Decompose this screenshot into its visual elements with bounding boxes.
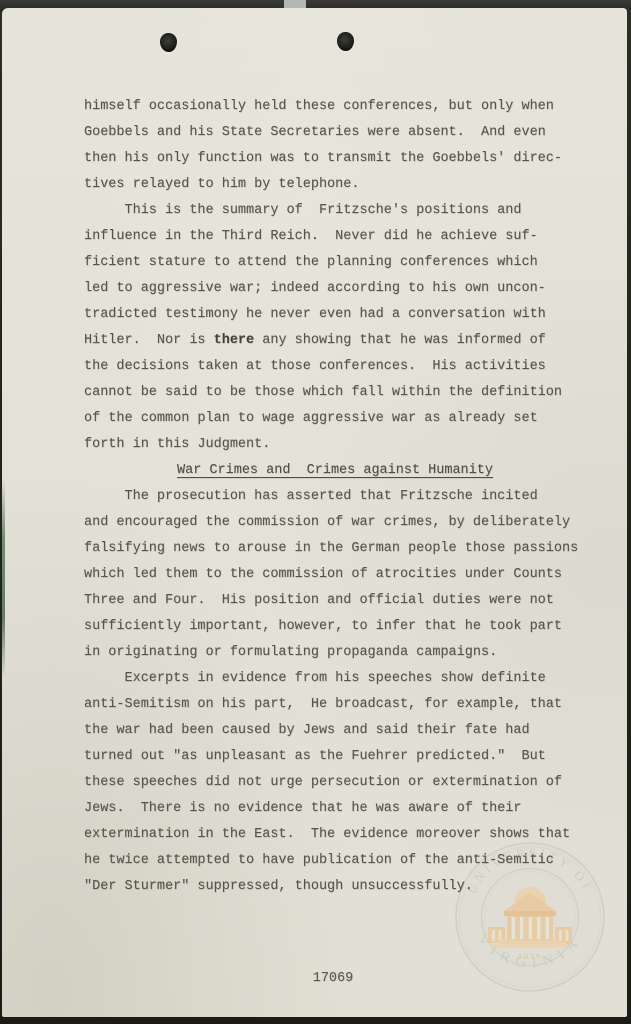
text-line: led to aggressive war; indeed according … [84, 276, 586, 302]
text-line: ficient stature to attend the planning c… [84, 250, 586, 276]
text-line: The prosecution has asserted that Fritzs… [84, 484, 586, 510]
text-line: anti-Semitism on his part, He broadcast,… [84, 692, 586, 718]
punch-hole-left [160, 33, 177, 52]
seal-year: 1819 [518, 952, 542, 961]
scanned-page-background: UNIVERSITY OF VIRGINIA [0, 0, 631, 1024]
text-line: tradicted testimony he never even had a … [84, 302, 586, 328]
text-line: Goebbels and his State Secretaries were … [84, 120, 586, 146]
text-line: This is the summary of Fritzsche's posit… [84, 198, 586, 224]
text-line: turned out "as unpleasant as the Fuehrer… [84, 744, 586, 770]
section-heading: War Crimes and Crimes against Humanity [84, 458, 586, 484]
text-line: forth in this Judgment. [84, 432, 586, 458]
text-line: cannot be said to be those which fall wi… [84, 380, 586, 406]
text-line: in originating or formulating propaganda… [84, 640, 586, 666]
document-text: himself occasionally held these conferen… [84, 94, 586, 900]
text-line: Hitler. Nor is there any showing that he… [84, 328, 586, 354]
text-line: influence in the Third Reich. Never did … [84, 224, 586, 250]
text-line: then his only function was to transmit t… [84, 146, 586, 172]
text-line: Jews. There is no evidence that he was a… [84, 796, 586, 822]
text-line: tives relayed to him by telephone. [84, 172, 586, 198]
text-line: and encouraged the commission of war cri… [84, 510, 586, 536]
text-line: which led them to the commission of atro… [84, 562, 586, 588]
text-line: sufficiently important, however, to infe… [84, 614, 586, 640]
text-line: falsifying news to arouse in the German … [84, 536, 586, 562]
text-line: extermination in the East. The evidence … [84, 822, 586, 848]
document-page: UNIVERSITY OF VIRGINIA [2, 8, 627, 1017]
text-line: he twice attempted to have publication o… [84, 848, 586, 874]
text-line: Three and Four. His position and officia… [84, 588, 586, 614]
text-line: of the common plan to wage aggressive wa… [84, 406, 586, 432]
text-line: "Der Sturmer" suppressed, though unsucce… [84, 874, 586, 900]
page-number: 17069 [83, 966, 583, 992]
punch-hole-right [337, 32, 354, 51]
text-line: Excerpts in evidence from his speeches s… [84, 666, 586, 692]
text-line: the war had been caused by Jews and said… [84, 718, 586, 744]
text-line: himself occasionally held these conferen… [84, 94, 586, 120]
text-line: these speeches did not urge persecution … [84, 770, 586, 796]
paper-left-edge-shading [2, 478, 5, 678]
text-line: the decisions taken at those conferences… [84, 354, 586, 380]
